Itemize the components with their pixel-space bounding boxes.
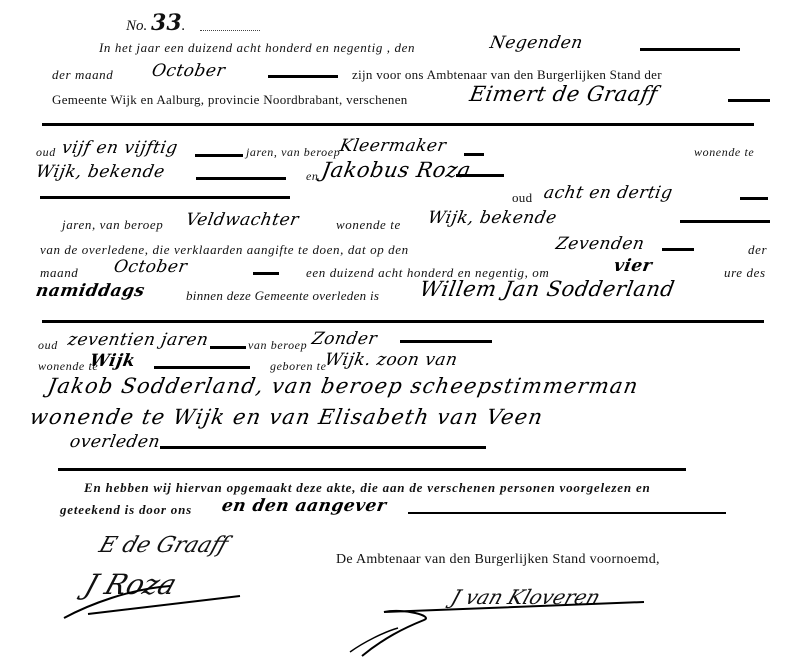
signature-2-flourish	[60, 584, 250, 624]
line-5-rule	[196, 177, 286, 180]
certificate-number: No. 33.	[126, 10, 185, 36]
line-5-handwritten-witness: Jakobus Roza	[320, 158, 473, 182]
line-2-printed-after: zijn voor ons Ambtenaar van den Burgerli…	[352, 67, 662, 83]
line-3-handwritten-declarant: Eimert de Graaff	[468, 82, 660, 106]
blank-rule-1	[42, 123, 754, 126]
line-7-printed-before: jaren, van beroep	[62, 217, 163, 233]
line-12-rule	[154, 366, 250, 369]
line-6-rule	[40, 196, 290, 199]
signature-official-flourish	[344, 598, 674, 658]
line-7-rule	[680, 220, 770, 223]
line-9-printed-after: ure des	[724, 265, 766, 281]
line-10-handwritten-daypart: namiddags	[34, 281, 146, 301]
line-12-handwritten-residence: Wijk	[88, 351, 137, 371]
line-1-rule	[640, 48, 740, 51]
line-9-printed-before: maand	[40, 265, 78, 281]
line-15-handwritten-status: overleden	[68, 432, 161, 452]
line-4-handwritten-occupation: Kleermaker	[338, 136, 448, 156]
number-label: No.	[126, 18, 147, 34]
line-4-rule-2	[464, 153, 484, 156]
line-14-handwritten-mother: wonende te Wijk en van Elisabeth van Vee…	[28, 405, 545, 429]
line-2-rule	[268, 75, 338, 78]
line-11-oud: oud	[38, 338, 58, 353]
line-5-rule-2	[456, 174, 504, 177]
line-5-printed-en: en	[306, 169, 319, 184]
line-5-handwritten-residence: Wijk, bekende	[34, 162, 166, 182]
line-11-printed-mid: van beroep	[248, 338, 307, 353]
line-1-printed: In het jaar een duizend acht honderd en …	[99, 40, 415, 56]
line-8-printed-after: der	[748, 242, 767, 258]
line-11-rule	[210, 346, 246, 349]
line-12-handwritten-birthplace: Wijk. zoon van	[323, 350, 459, 370]
line-8-rule	[662, 248, 694, 251]
line-4-handwritten-age: vijf en vijftig	[60, 138, 179, 158]
closing-line-2-printed: geteekend is door ons	[60, 502, 192, 518]
line-15-rule	[160, 446, 486, 449]
line-9-handwritten-month: October	[112, 257, 189, 277]
line-8-printed-before: van de overledene, die verklaarden aangi…	[40, 242, 409, 258]
line-6-handwritten-age: acht en dertig	[542, 183, 674, 203]
line-7-printed-mid: wonende te	[336, 217, 401, 233]
line-9-rule	[253, 272, 279, 275]
line-7-handwritten-occupation: Veldwachter	[184, 210, 300, 230]
line-4-rule	[195, 154, 243, 157]
line-4-printed-after: wonende te	[694, 145, 754, 160]
line-11-handwritten-age: zeventien jaren	[66, 330, 210, 350]
line-2-handwritten-month: October	[150, 61, 227, 81]
line-7-handwritten-residence: Wijk, bekende	[426, 208, 558, 228]
line-4-oud: oud	[36, 145, 56, 160]
line-8-handwritten-day: Zevenden	[554, 234, 646, 254]
number-value: 33	[151, 10, 182, 36]
line-11-handwritten-occupation: Zonder	[310, 329, 379, 349]
closing-line-1: En hebben wij hiervan opgemaakt deze akt…	[84, 480, 651, 496]
blank-rule-2	[42, 320, 764, 323]
line-6-oud: oud	[512, 190, 532, 206]
official-caption: De Ambtenaar van den Burgerlijken Stand …	[336, 552, 660, 568]
line-2-printed-before: der maand	[52, 67, 113, 83]
line-10-printed-mid: binnen deze Gemeente overleden is	[186, 288, 379, 304]
line-6-rule-2	[740, 197, 768, 200]
death-certificate-page: No. 33. In het jaar een duizend acht hon…	[0, 0, 800, 670]
signature-declarant-1: E de Graaff	[96, 533, 231, 558]
blank-rule-3	[58, 468, 686, 471]
closing-line-2-handwritten: en den aangever	[220, 496, 388, 516]
number-dots	[200, 30, 260, 31]
line-12-printed-mid: geboren te	[270, 359, 327, 374]
line-13-handwritten-father: Jakob Sodderland, van beroep scheepstimm…	[46, 374, 641, 398]
line-9-handwritten-hour: vier	[612, 256, 654, 276]
line-3-printed: Gemeente Wijk en Aalburg, provincie Noor…	[52, 92, 408, 108]
line-1-handwritten-day: Negenden	[488, 33, 584, 53]
closing-rule	[408, 512, 726, 514]
line-3-rule	[728, 99, 770, 102]
line-10-handwritten-deceased: Willem Jan Sodderland	[418, 277, 677, 301]
line-11-rule-2	[400, 340, 492, 343]
